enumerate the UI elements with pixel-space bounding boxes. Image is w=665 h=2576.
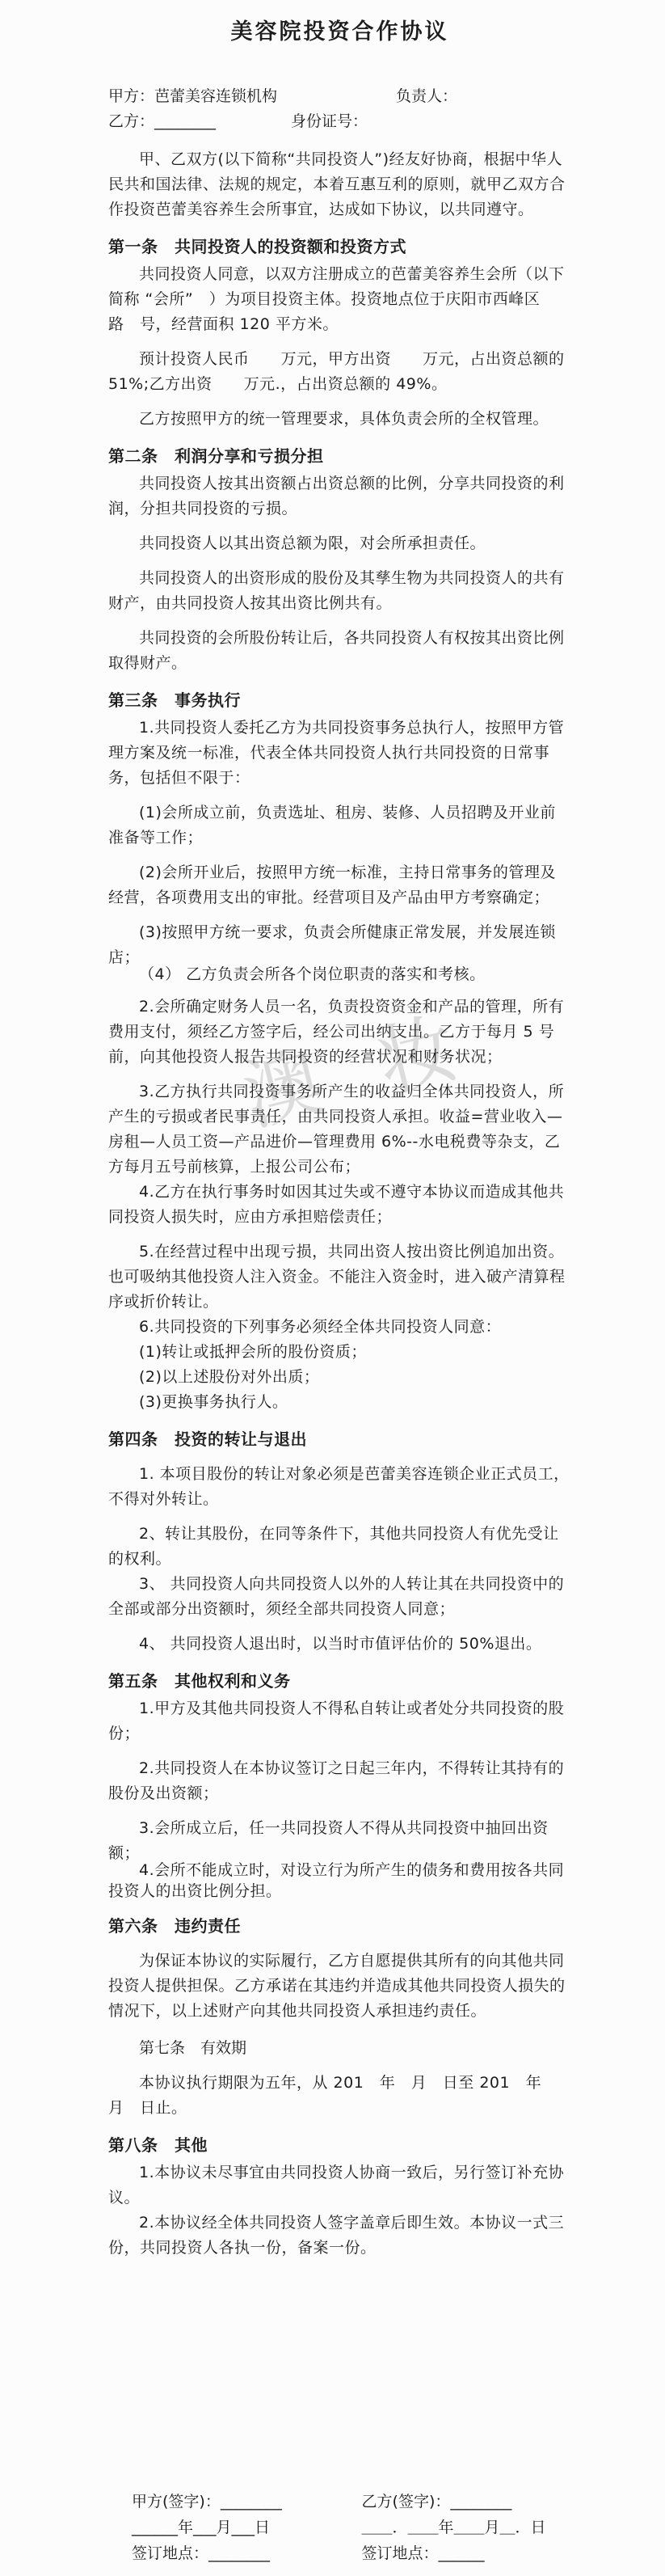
section-heading: 第一条 共同投资人的投资额和投资方式 — [108, 234, 571, 260]
party-b-date-line: ＿＿．＿＿年＿＿月＿．日 — [362, 2515, 571, 2540]
section-heading: 第八条 其他 — [108, 2133, 571, 2158]
paragraph: 3、 共同投资人向共同投资人以外的人转让其在共同投资中的全部或部分出资额时，须经… — [108, 1572, 571, 1622]
paragraph: (1)会所成立前，负责选址、租房、装修、人员招聘及开业前准备等工作； — [108, 800, 571, 851]
paragraph: 本协议执行期限为五年，从 201 年 月 日至 201 年 月 日止。 — [108, 2071, 571, 2121]
paragraph: 1.本协议未尽事宜由共同投资人协商一致后，另行签订补充协议。 — [108, 2160, 571, 2211]
document-page: 澳 妆 美容院投资合作协议 甲方：芭蕾美容连锁机构 负责人： 乙方：______… — [0, 0, 665, 2576]
party-b-place-line: 签订地点：______ — [362, 2540, 571, 2566]
document-content: 美容院投资合作协议 甲方：芭蕾美容连锁机构 负责人： 乙方：________ 身… — [108, 18, 571, 2566]
paragraph: 2.共同投资人在本协议签订之日起三年内，不得转让其持有的股份及出资额； — [108, 1756, 571, 1806]
paragraph: (2)以上述股份对外出质； — [108, 1365, 571, 1390]
paragraph: (3)按照甲方统一要求，负责会所健康正常发展，并发展连锁店； — [108, 920, 571, 970]
paragraph: (2)会所开业后，按照甲方统一标准，主持日常事务的管理及经营，各项费用支出的审批… — [108, 860, 571, 910]
paragraph: 3.乙方执行共同投资事务所产生的收益归全体共同投资人，所产生的亏损或者民事责任，… — [108, 1079, 571, 1180]
paragraph: 预计投资人民币 万元，甲方出资 万元，占出资总额的 51%;乙方出资 万元.，占… — [108, 347, 571, 397]
paragraph: （4） 乙方负责会所各个岗位职责的落实和考核。 — [108, 964, 571, 985]
section-heading: 第四条 投资的转让与退出 — [108, 1427, 571, 1452]
paragraph: 共同投资的会所股份转让后，各共同投资人有权按其出资比例取得财产。 — [108, 626, 571, 676]
paragraph: 乙方按照甲方的统一管理要求，具体负责会所的全权管理。 — [108, 407, 571, 432]
paragraph: 共同投资人同意，以双方注册成立的芭蕾美容养生会所（以下简称 “会所” ）为项目投… — [108, 262, 571, 337]
party-a-sign-line: 甲方(签字)：________ — [132, 2489, 362, 2515]
paragraph: 4.乙方在执行事务时如因其过失或不遵守本协议而造成其他共同投资人损失时，应由方承… — [108, 1180, 571, 1230]
party-b-sign-line: 乙方(签字)：________ — [362, 2489, 571, 2515]
paragraph: (1)转让或抵押会所的股份资质； — [108, 1340, 571, 1365]
party-b-signature: 乙方(签字)：________ ＿＿．＿＿年＿＿月＿．日 签订地点：______ — [362, 2489, 571, 2566]
preamble-paragraph: 甲、乙双方(以下简称“共同投资人”)经友好协商，根据中华人民共和国法律、法规的规… — [108, 147, 571, 222]
signature-block: 甲方(签字)：________ ______年___月___日 签订地点：___… — [108, 2489, 571, 2566]
party-b-blank: ________ — [154, 112, 216, 130]
party-a-label: 甲方：芭蕾美容连锁机构 — [108, 87, 277, 105]
party-a-row: 甲方：芭蕾美容连锁机构 负责人： — [108, 84, 571, 109]
section-heading: 第七条 有效期 — [108, 2036, 571, 2061]
paragraph: 1.甲方及其他共同投资人不得私自转让或者处分共同投资的股份； — [108, 1696, 571, 1746]
paragraph: 6.共同投资的下列事务必须经全体共同投资人同意： — [108, 1315, 571, 1340]
paragraph: 2.会所确定财务人员一名，负责投资资金和产品的管理，所有费用支付，须经乙方签字后… — [108, 995, 571, 1070]
paragraph: 2.本协议经全体共同投资人签字盖章后即生效。本协议一式三份，共同投资人各执一份，… — [108, 2211, 571, 2261]
paragraph: 为保证本协议的实际履行，乙方自愿提供其所有的向其他共同投资人提供担保。乙方承诺在… — [108, 1949, 571, 2024]
party-a-signature: 甲方(签字)：________ ______年___月___日 签订地点：___… — [132, 2489, 362, 2566]
section-heading: 第三条 事务执行 — [108, 688, 571, 713]
paragraph: (3)更换事务执行人。 — [108, 1390, 571, 1415]
section-heading: 第六条 违约责任 — [108, 1914, 571, 1939]
party-b-label: 乙方： — [108, 112, 154, 130]
paragraph: 3.会所成立后，任一共同投资人不得从共同投资中抽回出资额； — [108, 1816, 571, 1866]
paragraph: 5.在经营过程中出现亏损，共同出资人按出资比例追加出资。也可吸纳其他投资人注入资… — [108, 1239, 571, 1315]
paragraph: 共同投资人以其出资总额为限，对会所承担责任。 — [108, 531, 571, 556]
section-heading: 第五条 其他权利和义务 — [108, 1669, 571, 1694]
party-a-place-line: 签订地点：________ — [132, 2540, 362, 2566]
principal-label: 负责人： — [396, 84, 457, 109]
paragraph: 1. 本项目股份的转让对象必须是芭蕾美容连锁企业正式员工，不得对外转让。 — [108, 1462, 571, 1512]
paragraph: 2、转让其股份，在同等条件下，其他共同投资人有优先受让的权利。 — [108, 1522, 571, 1572]
paragraph: 4、 共同投资人退出时，以当时市值评估价的 50%退出。 — [108, 1632, 571, 1657]
id-number-label: 身份证号： — [291, 109, 368, 134]
party-a-date-line: ______年___月___日 — [132, 2515, 362, 2540]
paragraph: 4.会所不能成立时，对设立行为所产生的债务和费用按各共同投资人的出资比例分担。 — [108, 1860, 571, 1902]
section-heading: 第二条 利润分享和亏损分担 — [108, 444, 571, 469]
paragraph: 共同投资人的出资形成的股份及其孳生物为共同投资人的共有财产，由共同投资人按其出资… — [108, 566, 571, 616]
document-title: 美容院投资合作协议 — [108, 18, 571, 47]
party-b-row: 乙方：________ 身份证号： — [108, 109, 571, 134]
paragraph: 1.共同投资人委托乙方为共同投资事务总执行人，按照甲方管理方案及统一标准，代表全… — [108, 716, 571, 791]
paragraph: 共同投资人按其出资额占出资总额的比例，分享共同投资的利润，分担共同投资的亏损。 — [108, 471, 571, 522]
